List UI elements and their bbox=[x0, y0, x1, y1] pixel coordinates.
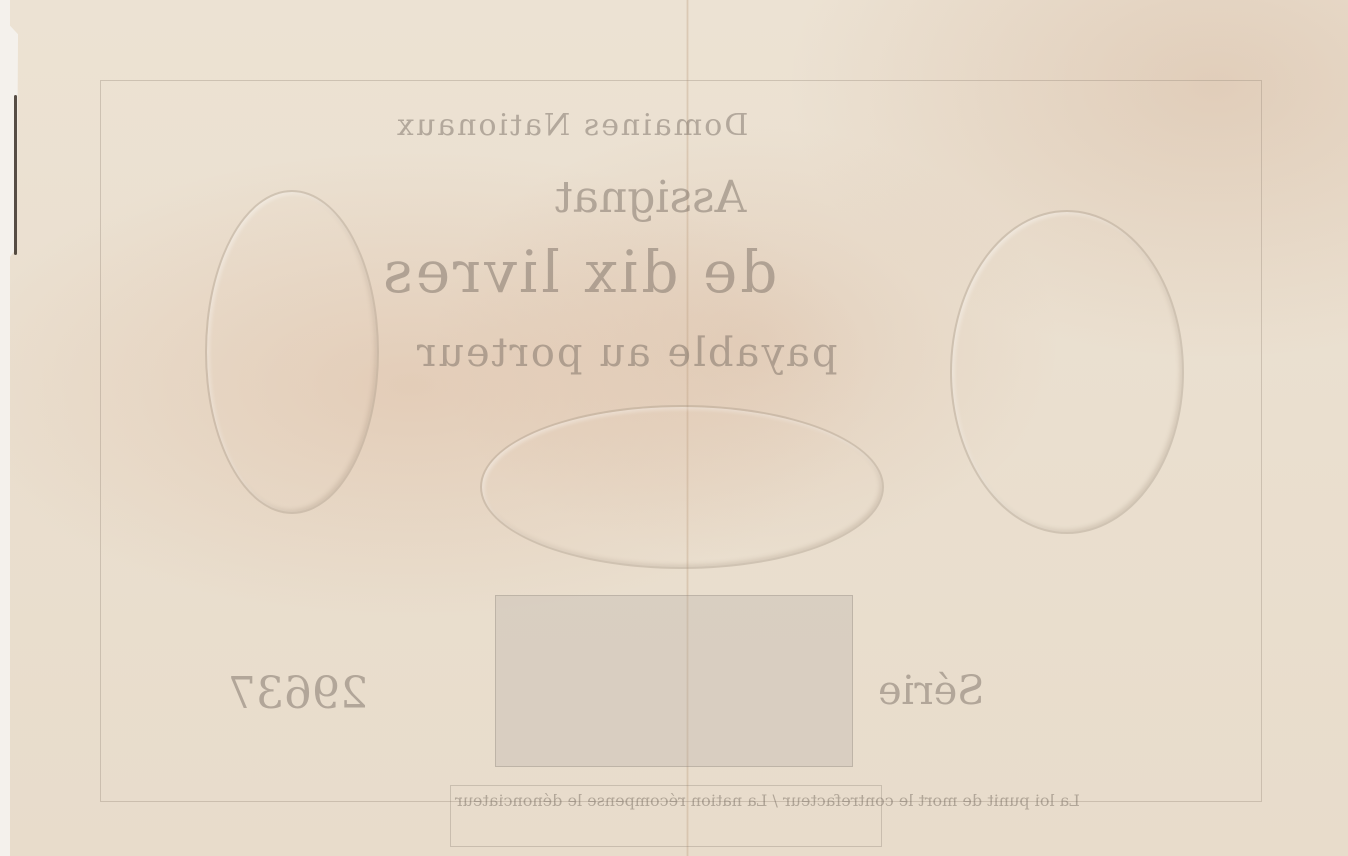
showthrough-title: Assignat bbox=[555, 172, 746, 223]
torn-edge bbox=[14, 95, 17, 255]
showthrough-payable: payable au porteur bbox=[415, 330, 837, 376]
embossed-seal-right bbox=[950, 210, 1184, 534]
showthrough-denomination: de dix livres bbox=[380, 238, 777, 306]
embossed-signature-flourish bbox=[480, 405, 884, 569]
dry-stamp-panel bbox=[495, 595, 853, 767]
showthrough-series-label: Série bbox=[878, 668, 985, 714]
embossed-seal-left bbox=[205, 190, 379, 514]
showthrough-serial-number: 29637 bbox=[228, 668, 368, 719]
showthrough-footer-legend: La loi punit de mort le contrefacteur / … bbox=[455, 790, 1080, 812]
showthrough-heading: Domaines Nationaux bbox=[395, 108, 748, 143]
